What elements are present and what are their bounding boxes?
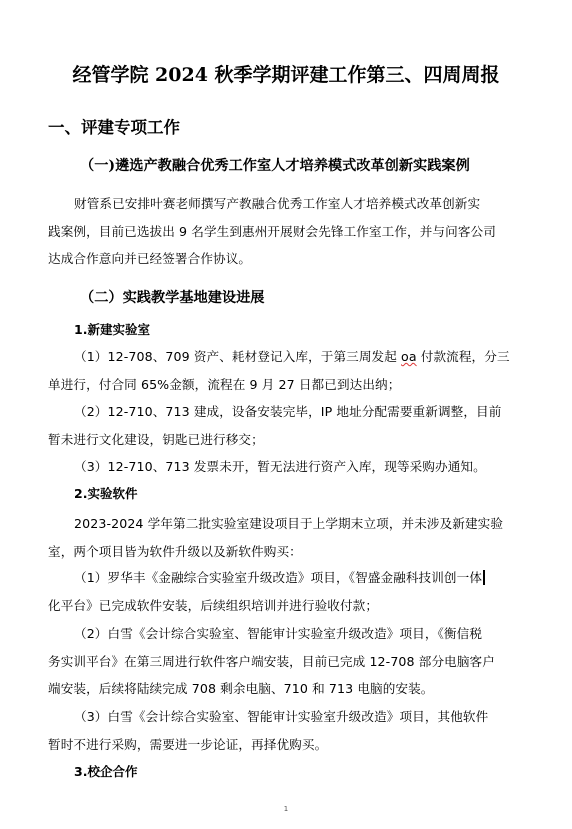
- spellcheck-underline[interactable]: oa: [401, 349, 417, 364]
- item-heading-new-lab: 1.新建实验室: [74, 320, 150, 338]
- text-run: （1）罗华丰《金融综合实验室升级改造》项目，《智盛金融科技训创一体: [74, 570, 482, 585]
- paragraph-line: 2023-2024 学年第二批实验室建设项目于上学期末立项，并未涉及新建实验: [74, 513, 554, 532]
- paragraph-line: 践案例，目前已选拔出 9 名学生到惠州开展财会先锋工作室工作，并与问客公司: [48, 221, 528, 240]
- paragraph-line: 单进行，付合同 65%金额，流程在 9 月 27 日都已到达出纳；: [48, 374, 528, 393]
- paragraph-line: 暂未进行文化建设，钥匙已进行移交；: [48, 429, 528, 448]
- paragraph-line: （1）罗华丰《金融综合实验室升级改造》项目，《智盛金融科技训创一体: [74, 567, 554, 586]
- paragraph-line: 室，两个项目皆为软件升级以及新软件购买：: [48, 541, 528, 560]
- paragraph-line: 财管系已安排叶赛老师撰写产教融合优秀工作室人才培养模式改革创新实: [74, 193, 554, 212]
- text-run: 付款流程，分三: [417, 349, 510, 364]
- paragraph-line: 务实训平台》在第三周进行软件客户端安装，目前已完成 12-708 部分电脑客户: [48, 651, 528, 670]
- paragraph-line: （3）12-710、713 发票未开，暂无法进行资产入库，现等采购办通知。: [74, 456, 554, 475]
- paragraph-line: （3）白雪《会计综合实验室、智能审计实验室升级改造》项目，其他软件: [74, 706, 554, 725]
- item-heading-lab-software: 2.实验软件: [74, 484, 137, 502]
- subsection-heading-2: （二）实践教学基地建设进展: [80, 287, 264, 307]
- document-title: 经管学院 2024 秋季学期评建工作第三、四周周报: [0, 60, 572, 87]
- paragraph-line: 达成合作意向并已经签署合作协议。: [48, 248, 528, 267]
- paragraph-line: （2）12-710、713 建成，设备安装完毕，IP 地址分配需要重新调整，目前: [74, 401, 554, 420]
- paragraph-line: （2）白雪《会计综合实验室、智能审计实验室升级改造》项目，《衡信税: [74, 623, 554, 642]
- paragraph-line: （1）12-708、709 资产、耗材登记入库，于第三周发起 oa 付款流程，分…: [74, 346, 554, 365]
- item-heading-school-enterprise: 3.校企合作: [74, 762, 137, 780]
- document-page: 经管学院 2024 秋季学期评建工作第三、四周周报 一、评建专项工作 （一)遴选…: [0, 0, 572, 829]
- paragraph-line: 化平台》已完成软件安装，后续组织培训并进行验收付款；: [48, 595, 528, 614]
- paragraph-line: 暂时不进行采购，需要进一步论证，再择优购买。: [48, 734, 528, 753]
- text-run: （1）12-708、709 资产、耗材登记入库，于第三周发起: [74, 349, 401, 364]
- subsection-heading-1: （一)遴选产教融合优秀工作室人才培养模式改革创新实践案例: [80, 155, 470, 175]
- text-cursor: [483, 570, 485, 585]
- section-heading-1: 一、评建专项工作: [48, 114, 180, 138]
- paragraph-line: 端安装，后续将陆续完成 708 剩余电脑、710 和 713 电脑的安装。: [48, 678, 528, 697]
- page-number: 1: [0, 805, 572, 813]
